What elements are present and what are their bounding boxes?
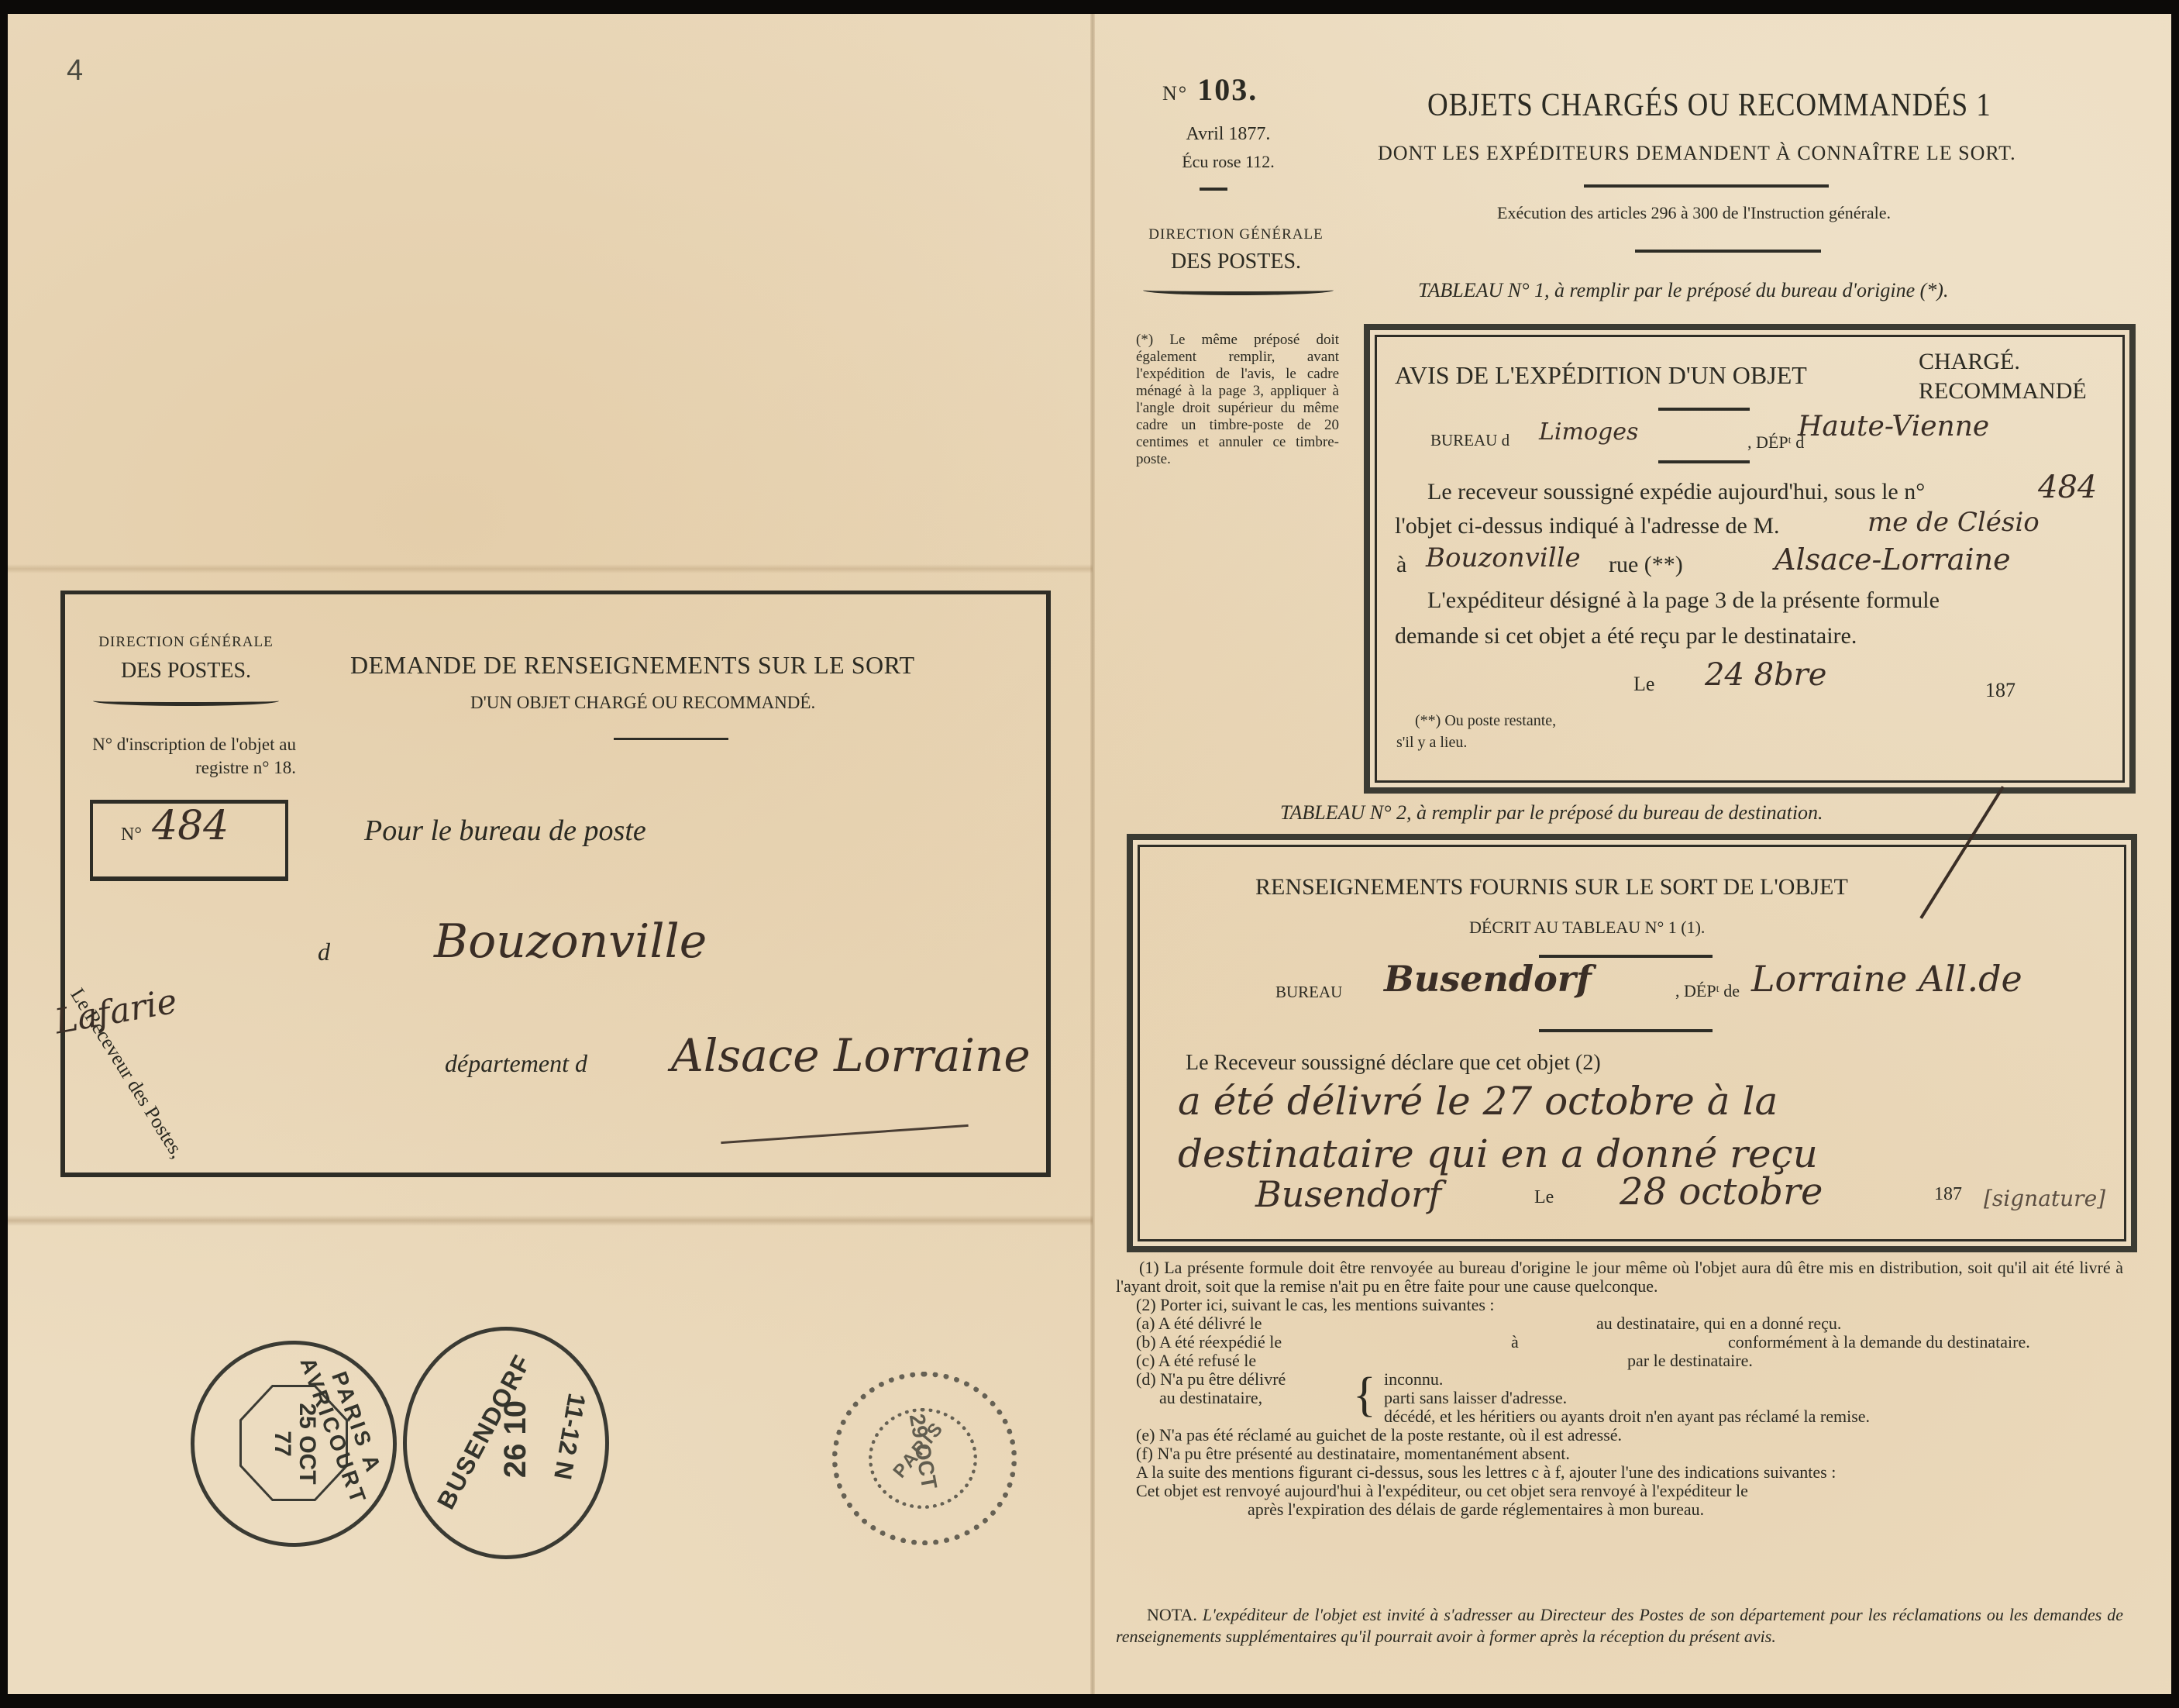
place-value: Busendorf	[1255, 1173, 1441, 1215]
divider	[1658, 460, 1750, 463]
note-d-option-2: parti sans laisser d'adresse.	[1384, 1389, 1567, 1407]
divider	[1584, 184, 1829, 188]
number-value: 484	[152, 803, 229, 849]
registration-number: 484	[2038, 470, 2097, 505]
demande-title: DEMANDE DE RENSEIGNEMENTS SUR LE SORT	[350, 651, 915, 680]
page-title: OBJETS CHARGÉS OU RECOMMANDÉS 1	[1427, 87, 1991, 124]
dep-value: Haute-Vienne	[1798, 411, 1989, 442]
divider	[1200, 188, 1227, 191]
fold-line-upper	[8, 564, 1093, 573]
type-recommande: RECOMMANDÉ	[1919, 377, 2087, 406]
note-d-left-2: au destinataire,	[1159, 1389, 1262, 1407]
region-value: Alsace-Lorraine	[1775, 542, 2011, 577]
center-fold	[1090, 14, 1095, 1694]
tableau1-type: CHARGÉ. RECOMMANDÉ	[1919, 347, 2087, 406]
note-c-left: (c) A été refusé le	[1136, 1352, 1256, 1370]
note-b: (b) A été réexpédié le à conformément à …	[1116, 1333, 2123, 1352]
des-postes: DES POSTES.	[1131, 250, 1341, 274]
type-charge: CHARGÉ.	[1919, 347, 2087, 377]
demande-subtitle: D'UN OBJET CHARGÉ OU RECOMMANDÉ.	[470, 693, 815, 713]
pour-label: Pour le bureau de poste	[364, 814, 646, 848]
date-value: 28 octobre	[1620, 1170, 1823, 1214]
postmark-date: 26 10	[500, 1393, 531, 1486]
dep-label: , DÉPᵗ d	[1747, 432, 1804, 453]
d-label: d	[318, 938, 330, 966]
note-d: (d) N'a pu être délivré au destinataire,…	[1116, 1370, 2123, 1426]
ornament-flourish-icon	[1143, 285, 1334, 295]
year-prefix: 187	[1934, 1184, 1962, 1205]
postmark-date: 25 OCT 77	[270, 1401, 319, 1486]
form-number-value: 103.	[1197, 72, 1258, 107]
date-value: 24 8bre	[1705, 657, 1826, 693]
divider	[1658, 408, 1750, 411]
execution-line: Exécution des articles 296 à 300 de l'In…	[1497, 203, 1891, 223]
address-line: l'objet ci-dessus indiqué à l'adresse de…	[1395, 513, 1780, 539]
note-b-right: conformément à la demande du destinatair…	[1728, 1333, 2030, 1352]
nota: NOTA. L'expéditeur de l'objet est invité…	[1116, 1604, 2123, 1648]
page-subtitle: DONT LES EXPÉDITEURS DEMANDENT À CONNAÎT…	[1378, 142, 2016, 165]
form-date: Avril 1877.	[1182, 124, 1275, 145]
note-b-left: (b) A été réexpédié le	[1136, 1333, 1282, 1352]
postmark-paris: PARIS 29 OCT	[832, 1372, 1017, 1545]
demande-line: demande si cet objet a été reçu par le d…	[1395, 623, 1857, 649]
rue-label: rue (**)	[1609, 552, 1683, 578]
date-label: Le	[1633, 673, 1654, 696]
note-after-3: après l'expiration des délais de garde r…	[1248, 1500, 2123, 1519]
footnote-line-1: (**) Ou poste restante,	[1415, 710, 1556, 732]
year-prefix: 187	[1985, 679, 2015, 702]
tableau2-title: RENSEIGNEMENTS FOURNIS SUR LE SORT DE L'…	[1255, 874, 1848, 900]
dep-label: , DÉPᵗ de	[1675, 981, 1740, 1001]
tableau2-subtitle: DÉCRIT AU TABLEAU N° 1 (1).	[1469, 918, 1705, 938]
dept-label: département d	[445, 1049, 587, 1078]
divider	[1539, 1029, 1713, 1032]
direction-generale: DIRECTION GÉNÉRALE	[1131, 226, 1341, 243]
tableau1-caption: TABLEAU N° 1, à remplir par le préposé d…	[1418, 279, 1948, 302]
inscription-label: N° d'inscription de l'objet au registre …	[82, 733, 296, 780]
city-value: Bouzonville	[1426, 542, 1581, 573]
bureau-value: Busendorf	[1384, 958, 1592, 1000]
postmark-paris-avricourt: PARIS A AVRICOURT 25 OCT 77	[191, 1341, 397, 1547]
postmark-time: 11-12 N	[547, 1388, 591, 1485]
des-postes: DES POSTES.	[77, 659, 294, 684]
page-number: 4	[67, 54, 83, 88]
handwritten-line-1: a été délivré le 27 octobre à la	[1178, 1079, 1778, 1124]
nota-text: L'expéditeur de l'objet est invité à s'a…	[1116, 1605, 2123, 1646]
note-c-right: par le destinataire.	[1627, 1352, 1753, 1370]
direction-generale: DIRECTION GÉNÉRALE	[77, 634, 294, 651]
bureau-label: BUREAU d	[1430, 431, 1509, 450]
a-label: à	[1396, 552, 1406, 578]
footnotes: (1) La présente formule doit être renvoy…	[1116, 1259, 2123, 1519]
divider	[1635, 250, 1821, 253]
tableau1-title: AVIS DE L'EXPÉDITION D'UN OBJET	[1395, 361, 1807, 390]
receveur-signature: [signature]	[1984, 1186, 2105, 1211]
postmark-busendorf: BUSENDORF 26 10 11-12 N	[403, 1327, 609, 1559]
note-1: (1) La présente formule doit être renvoy…	[1116, 1259, 2123, 1296]
bureau-value: Limoges	[1539, 418, 1638, 446]
form-number-prefix: N°	[1162, 82, 1188, 105]
fold-line-lower	[8, 1215, 1093, 1226]
dep-value: Lorraine All.de	[1751, 958, 2022, 1000]
date-label: Le	[1534, 1187, 1554, 1208]
number-prefix: N°	[121, 825, 142, 845]
ornament-flourish-icon	[93, 696, 279, 706]
note-after-1: A la suite des mentions figurant ci-dess…	[1136, 1463, 2123, 1482]
expediteur-line: L'expéditeur désigné à la page 3 de la p…	[1427, 587, 1940, 614]
note-after-2: Cet objet est renvoyé aujourd'hui à l'ex…	[1136, 1482, 2123, 1500]
note-2: (2) Porter ici, suivant le cas, les ment…	[1136, 1296, 2123, 1314]
note-d-option-1: inconnu.	[1384, 1370, 1443, 1389]
note-e: (e) N'a pas été réclamé au guichet de la…	[1136, 1426, 2123, 1445]
note-a-left: (a) A été délivré le	[1136, 1314, 1262, 1333]
divider	[614, 738, 728, 740]
note-a: (a) A été délivré le au destinataire, qu…	[1116, 1314, 2123, 1333]
note-a-right: au destinataire, qui en a donné reçu.	[1596, 1314, 1841, 1333]
declaration-line: Le Receveur soussigné déclare que cet ob…	[1186, 1051, 1601, 1076]
bureau-label: BUREAU	[1275, 983, 1342, 1002]
expedition-line: Le receveur soussigné expédie aujourd'hu…	[1427, 479, 1925, 505]
footnote-line-2: s'il y a lieu.	[1396, 732, 1556, 753]
note-b-mid: à	[1511, 1333, 1519, 1352]
form-number: N° 103.	[1162, 71, 1258, 108]
brace-icon: {	[1353, 1367, 1376, 1423]
form-ecu: Écu rose 112.	[1170, 152, 1286, 172]
note-c: (c) A été refusé le par le destinataire.	[1116, 1352, 2123, 1370]
note-f: (f) N'a pu être présenté au destinataire…	[1136, 1445, 2123, 1463]
dept-value: Alsace Lorraine	[671, 1029, 1031, 1082]
nota-label: NOTA.	[1147, 1605, 1197, 1624]
addressee-value: me de Clésio	[1867, 507, 2040, 538]
tableau2-caption: TABLEAU N° 2, à remplir par le préposé d…	[1280, 801, 1823, 825]
note-d-left-1: (d) N'a pu être délivré	[1136, 1370, 1286, 1389]
city-value: Bouzonville	[434, 914, 707, 969]
note-d-option-3: décédé, et les héritiers ou ayants droit…	[1384, 1407, 1870, 1426]
footnote-double-star: (**) Ou poste restante, s'il y a lieu.	[1415, 710, 1556, 753]
footnote-star: (*) Le même préposé doit également rempl…	[1136, 332, 1339, 468]
